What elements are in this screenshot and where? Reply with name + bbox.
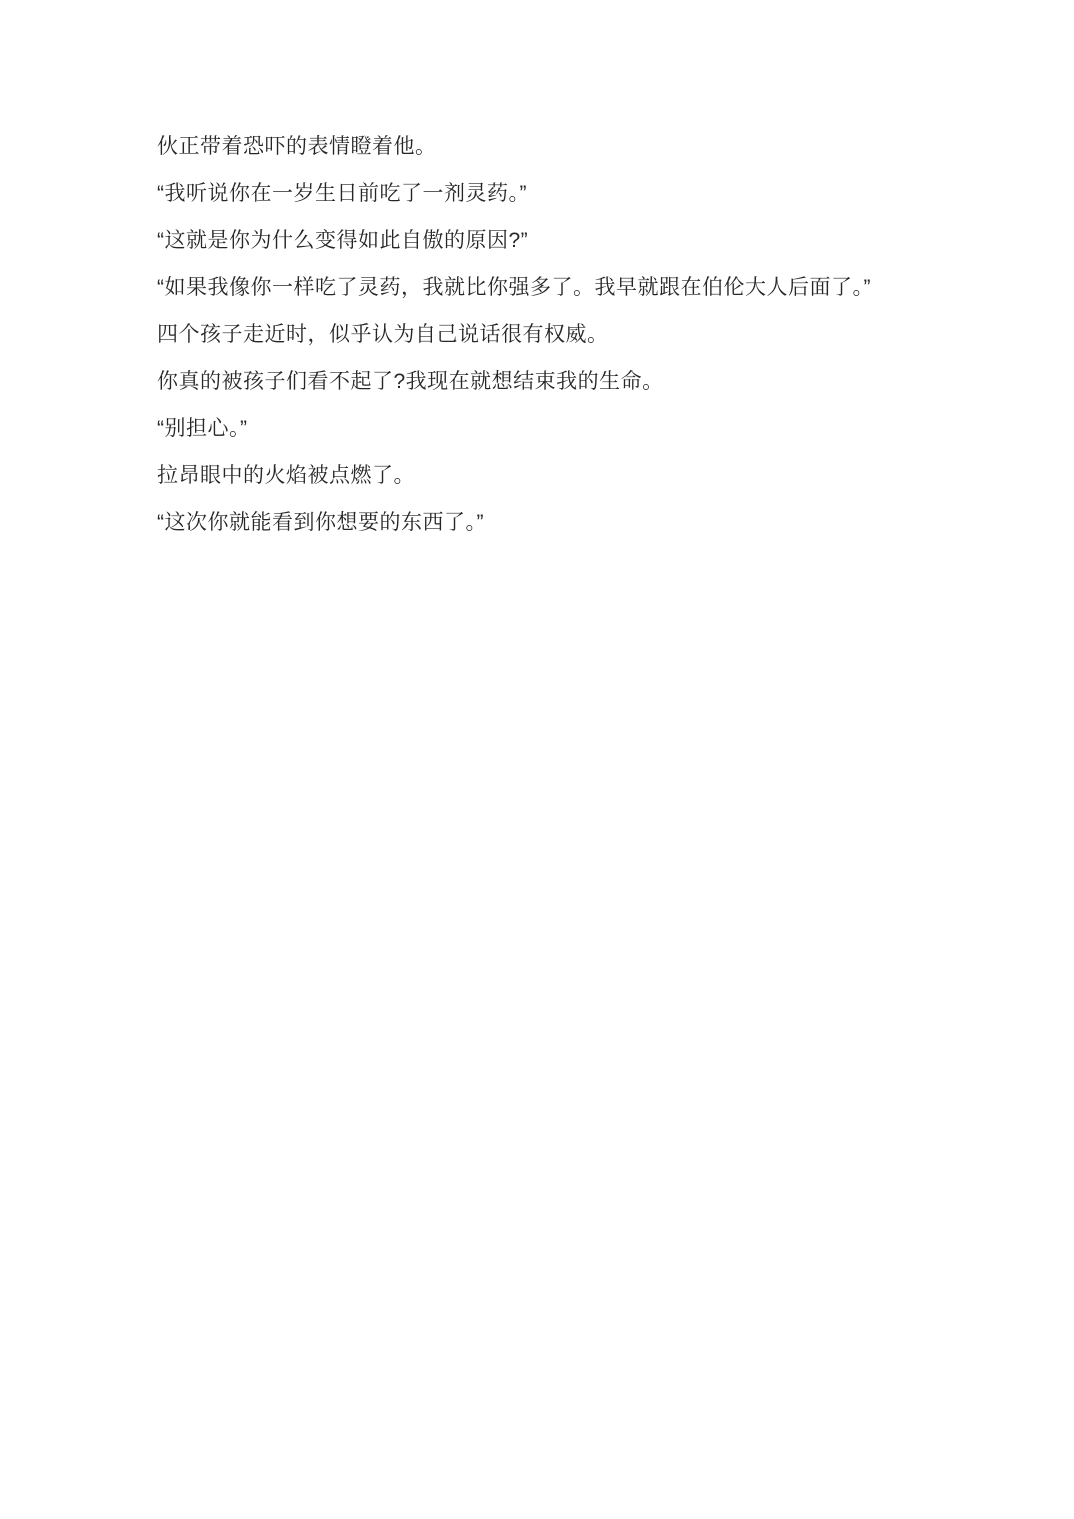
paragraph: “如果我像你一样吃了灵药，我就比你强多了。我早就跟在伯伦大人后面了。”: [157, 264, 954, 311]
paragraph: 伙正带着恐吓的表情瞪着他。: [157, 123, 954, 170]
paragraph: “这次你就能看到你想要的东西了。”: [157, 499, 954, 546]
paragraph-list: 伙正带着恐吓的表情瞪着他。“我听说你在一岁生日前吃了一剂灵药。”“这就是你为什么…: [157, 123, 954, 546]
paragraph: “我听说你在一岁生日前吃了一剂灵药。”: [157, 170, 954, 217]
paragraph: 四个孩子走近时，似乎认为自己说话很有权威。: [157, 311, 954, 358]
document-page: 伙正带着恐吓的表情瞪着他。“我听说你在一岁生日前吃了一剂灵药。”“这就是你为什么…: [0, 0, 1074, 1519]
paragraph: “别担心。”: [157, 405, 954, 452]
paragraph: “这就是你为什么变得如此自傲的原因?”: [157, 217, 954, 264]
paragraph: 拉昂眼中的火焰被点燃了。: [157, 452, 954, 499]
paragraph: 你真的被孩子们看不起了?我现在就想结束我的生命。: [157, 358, 954, 405]
